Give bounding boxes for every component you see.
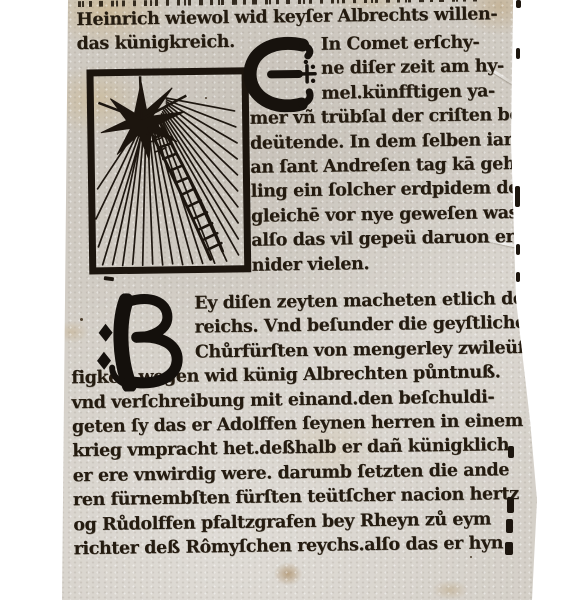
woodcut-foot-mark bbox=[104, 276, 114, 281]
text-line: richter deß Rômyſchen reychs.alſo das er… bbox=[73, 531, 541, 562]
edge-letter-fragment bbox=[516, 244, 520, 255]
text-line: alſo das vil gepeü daruon er bbox=[251, 225, 532, 253]
second-paragraph: Ey diſen zeyten macheten etlich deß reic… bbox=[68, 287, 541, 562]
edge-letter-fragment bbox=[515, 186, 520, 207]
edge-letter-fragment bbox=[506, 519, 513, 533]
photo-of-book-page: Heinrich wiewol wid keyſer Albrechts wil… bbox=[0, 0, 582, 600]
initial-letter-E bbox=[243, 36, 318, 117]
text-line: nider vielen. bbox=[252, 249, 533, 277]
text-line: ling ein ſolcher erdpidem deß bbox=[251, 176, 532, 204]
edge-letter-fragment bbox=[508, 446, 514, 458]
edge-letter-fragment bbox=[505, 542, 513, 555]
comet-paragraph: In Comet erſchy- ne diſer zeit am hy- me… bbox=[248, 30, 533, 278]
edge-letter-fragment bbox=[507, 497, 514, 513]
comet-woodcut-drawing bbox=[86, 67, 252, 276]
comet-woodcut bbox=[86, 67, 252, 276]
text-line: In Comet erſchy- bbox=[320, 30, 529, 57]
initial-letter-B bbox=[90, 293, 187, 396]
text-line: ne diſer zeit am hy- bbox=[321, 54, 530, 81]
edge-letter-fragment bbox=[516, 48, 520, 59]
printed-content: Heinrich wiewol wid keyſer Albrechts wil… bbox=[0, 0, 582, 600]
text-line: mel.künfftigen ya- bbox=[321, 79, 530, 106]
edge-letter-fragment bbox=[516, 0, 521, 8]
paper-sheet: Heinrich wiewol wid keyſer Albrechts wil… bbox=[0, 0, 582, 600]
edge-letter-fragment bbox=[516, 272, 520, 282]
